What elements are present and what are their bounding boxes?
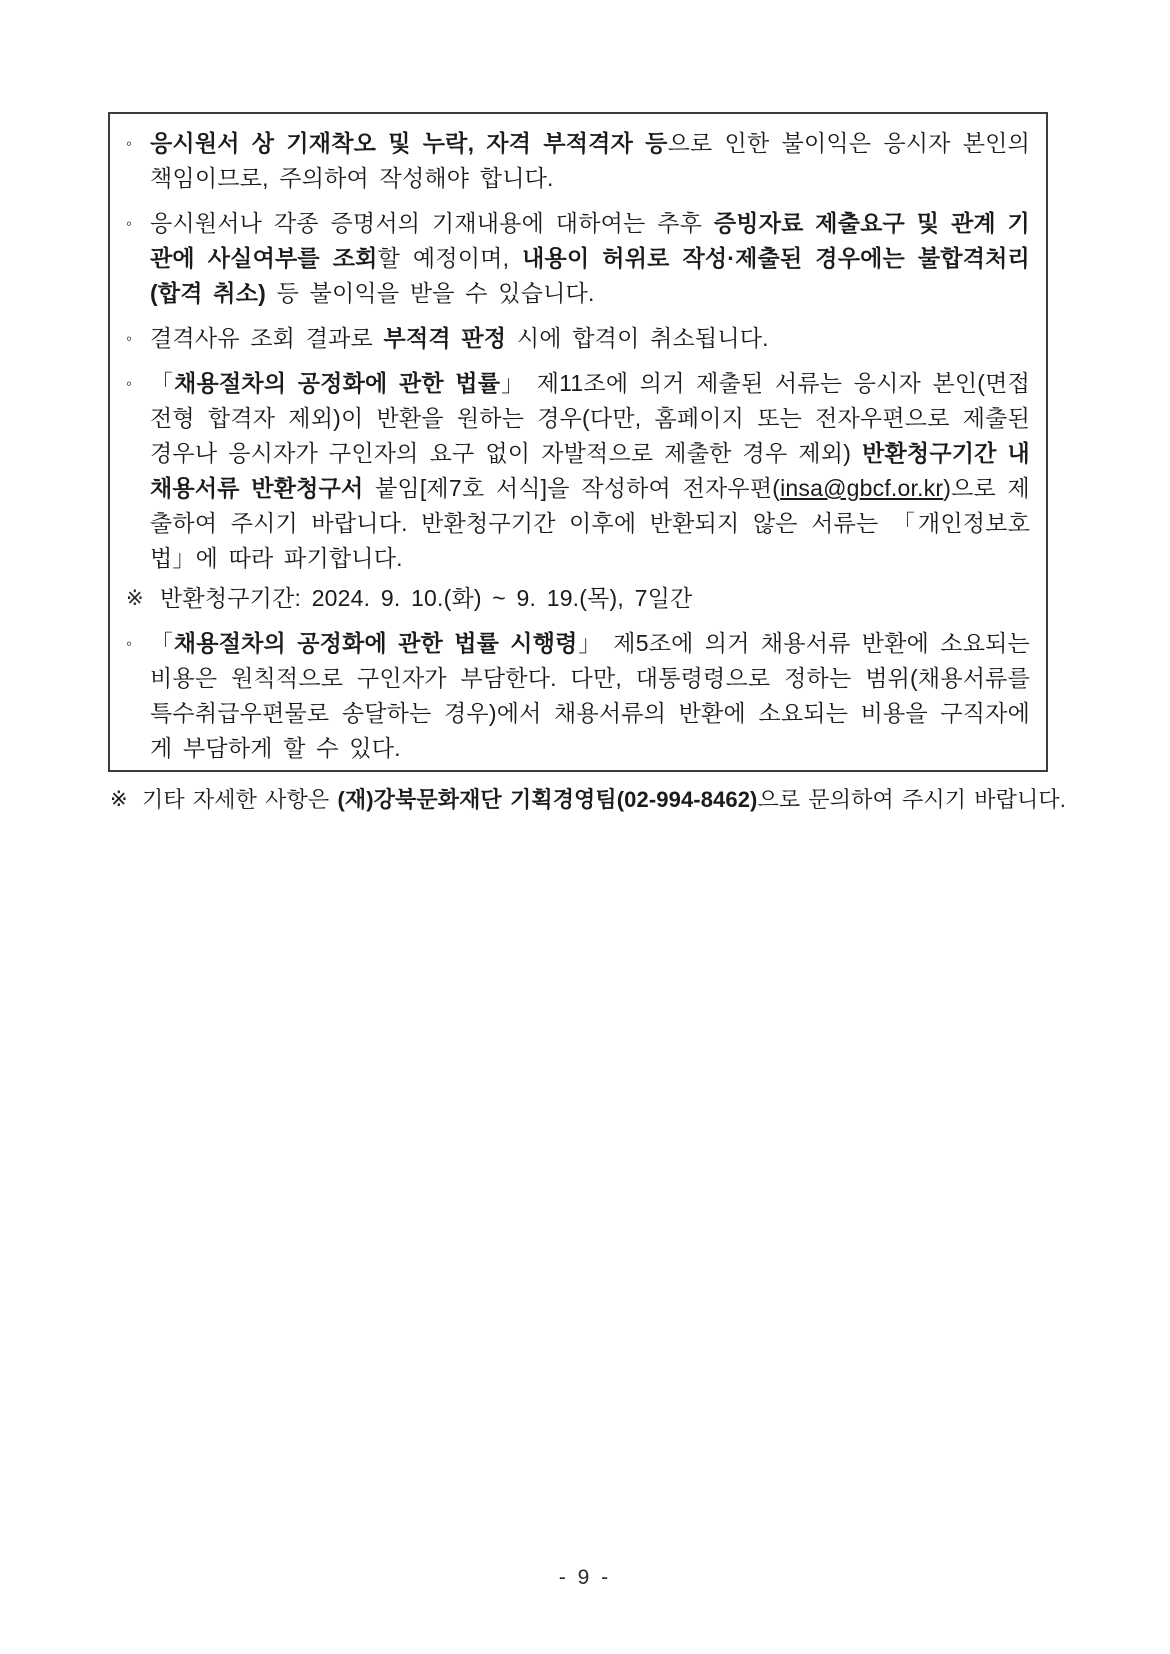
notice-text-bold: 채용절차의 공정화에 관한 법률 시행령 xyxy=(174,630,578,656)
notice-text-bold: 부적격 판정 xyxy=(384,325,507,351)
bullet-marker-icon: ◦ xyxy=(126,126,150,161)
notice-text: 할 예정이며, xyxy=(378,245,523,271)
notice-text: 등 불이익을 받을 수 있습니다. xyxy=(266,280,595,306)
notice-bullet-text: 반환청구기간: 2024. 9. 10.(화) ~ 9. 19.(목), 7일간 xyxy=(160,581,1030,616)
notice-bullet-text: 응시원서나 각종 증명서의 기재내용에 대하여는 추후 증빙자료 제출요구 및 … xyxy=(150,206,1030,311)
notice-text: 붙임[제7호 서식]을 작성하여 전자우편( xyxy=(363,475,780,501)
bullet-marker-icon: ◦ xyxy=(126,626,150,661)
notice-sub-note: ※반환청구기간: 2024. 9. 10.(화) ~ 9. 19.(목), 7일… xyxy=(126,581,1030,616)
notice-text: 시에 합격이 취소됩니다. xyxy=(506,325,769,351)
notice-text: 응시원서나 각종 증명서의 기재내용에 대하여는 추후 xyxy=(150,210,714,236)
notice-text: 기타 자세한 사항은 xyxy=(142,787,337,812)
notice-bullet-text: 결격사유 조회 결과로 부적격 판정 시에 합격이 취소됩니다. xyxy=(150,321,1030,356)
document-page: ◦응시원서 상 기재착오 및 누락, 자격 부적격자 등으로 인한 불이익은 응… xyxy=(0,0,1170,1654)
notice-text: 으로 문의하여 주시기 바랍니다. xyxy=(757,787,1065,812)
note-marker-icon: ※ xyxy=(110,784,142,816)
notice-bullet: ◦응시원서나 각종 증명서의 기재내용에 대하여는 추후 증빙자료 제출요구 및… xyxy=(126,206,1030,311)
bullet-marker-icon: ◦ xyxy=(126,366,150,401)
notice-text: 반환청구기간: 2024. 9. 10.(화) ~ 9. 19.(목), 7일간 xyxy=(160,585,692,611)
notice-bullet: ◦「채용절차의 공정화에 관한 법률」 제11조에 의거 제출된 서류는 응시자… xyxy=(126,366,1030,576)
notice-text: 「 xyxy=(150,630,174,656)
notice-text: 결격사유 조회 결과로 xyxy=(150,325,384,351)
note-marker-icon: ※ xyxy=(126,581,160,616)
bullet-marker-icon: ◦ xyxy=(126,321,150,356)
notice-text-bold: (재)강북문화재단 기획경영팀(02-994-8462) xyxy=(337,787,757,812)
notice-text: 「 xyxy=(150,370,174,396)
footer-contact-text: 기타 자세한 사항은 (재)강북문화재단 기획경영팀(02-994-8462)으… xyxy=(142,784,1066,816)
bullet-marker-icon: ◦ xyxy=(126,206,150,241)
page-number: - 9 - xyxy=(0,1566,1170,1590)
notice-text-bold: 채용절차의 공정화에 관한 법률 xyxy=(174,370,500,396)
notice-text-bold: 응시원서 상 기재착오 및 누락, 자격 부적격자 등 xyxy=(150,130,668,156)
notice-bullet: ◦「채용절차의 공정화에 관한 법률 시행령」 제5조에 의거 채용서류 반환에… xyxy=(126,626,1030,766)
footer-contact-note: ※기타 자세한 사항은 (재)강북문화재단 기획경영팀(02-994-8462)… xyxy=(110,784,1120,816)
notice-bullet-text: 응시원서 상 기재착오 및 누락, 자격 부적격자 등으로 인한 불이익은 응시… xyxy=(150,126,1030,196)
notice-bullet: ◦결격사유 조회 결과로 부적격 판정 시에 합격이 취소됩니다. xyxy=(126,321,1030,356)
notice-bullet-text: 「채용절차의 공정화에 관한 법률 시행령」 제5조에 의거 채용서류 반환에 … xyxy=(150,626,1030,766)
notice-bullet-text: 「채용절차의 공정화에 관한 법률」 제11조에 의거 제출된 서류는 응시자 … xyxy=(150,366,1030,576)
notice-bullet: ◦응시원서 상 기재착오 및 누락, 자격 부적격자 등으로 인한 불이익은 응… xyxy=(126,126,1030,196)
notice-bullet-list: ◦응시원서 상 기재착오 및 누락, 자격 부적격자 등으로 인한 불이익은 응… xyxy=(126,126,1030,772)
email-link[interactable]: insa@gbcf.or.kr xyxy=(780,475,943,501)
notice-box: ◦응시원서 상 기재착오 및 누락, 자격 부적격자 등으로 인한 불이익은 응… xyxy=(108,112,1048,772)
